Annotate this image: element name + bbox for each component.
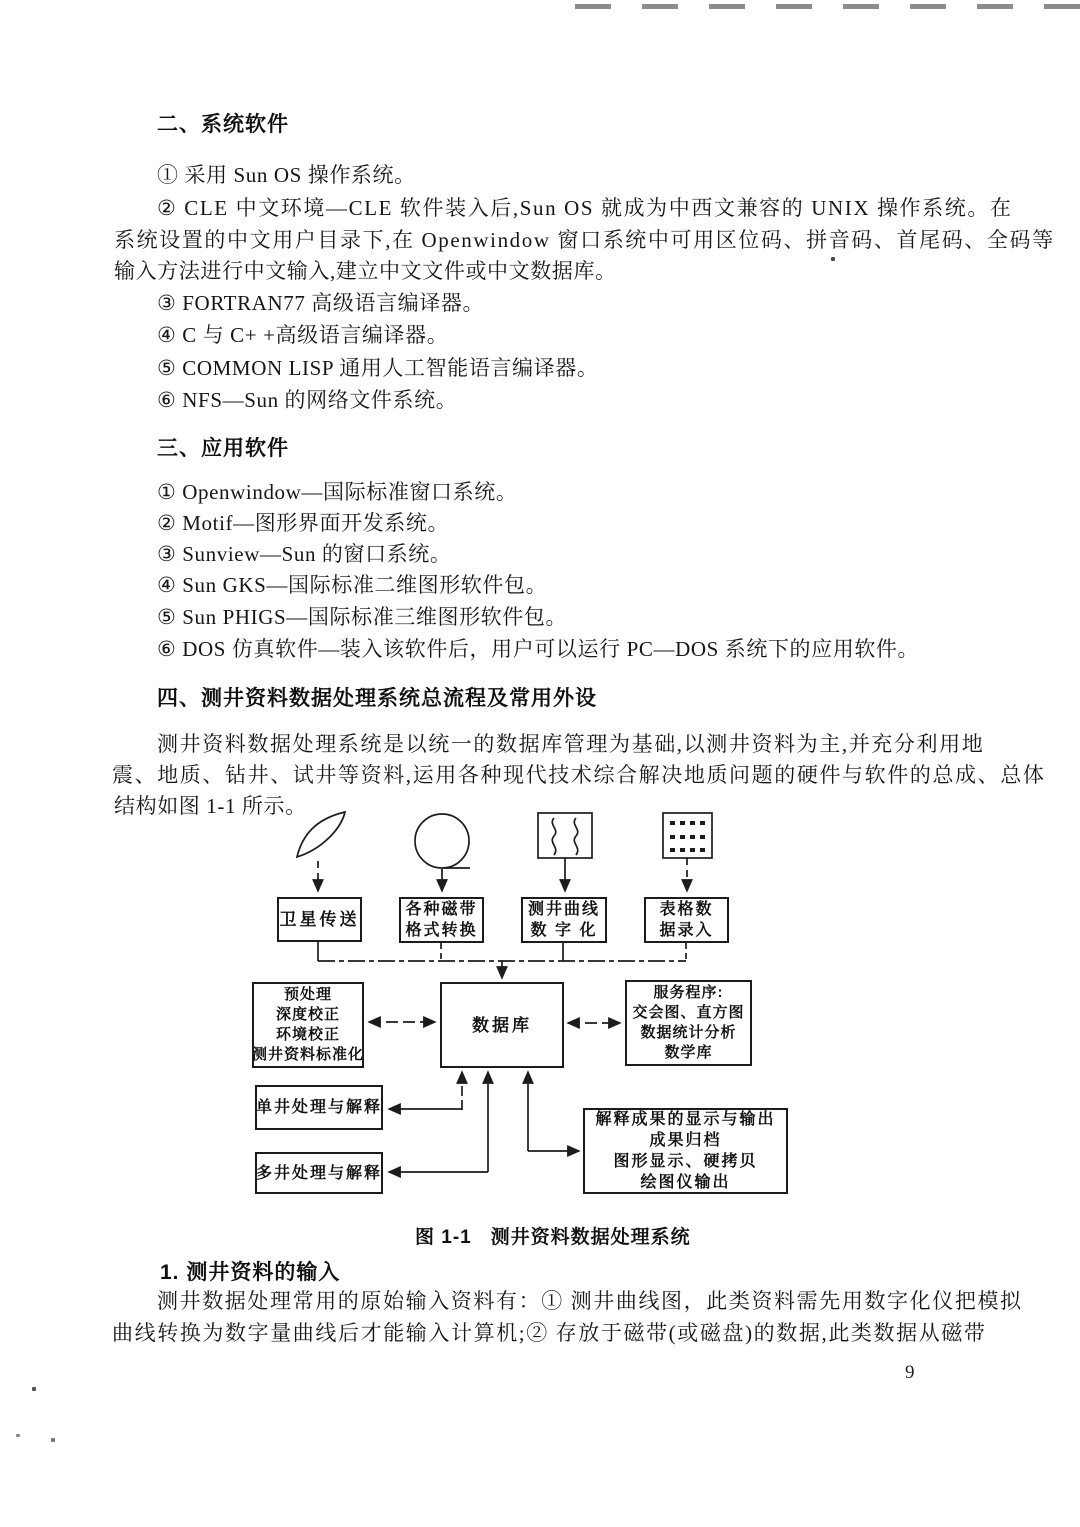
section3-item4: ④ Sun GKS—国际标准二维图形软件包。 (157, 573, 547, 597)
subsection1-para-line2: 曲线转换为数字量曲线后才能输入计算机;② 存放于磁带(或磁盘)的数据,此类数据从… (112, 1321, 987, 1345)
section4-para-line2: 震、地质、钻井、试井等资料,运用各种现代技术综合解决地质问题的硬件与软件的总成、… (112, 763, 1045, 787)
flowchart-box-label: 单井处理与解释 (256, 1097, 382, 1118)
section4-heading: 四、测井资料数据处理系统总流程及常用外设 (157, 682, 597, 712)
flowchart-box-database: 数据库 (440, 982, 564, 1068)
subsection1-para-line1: 测井数据处理常用的原始输入资料有：① 测井曲线图，此类资料需先用数字化仪把模拟 (157, 1289, 1023, 1313)
log-curve-icon (538, 813, 592, 858)
table-data-icon (663, 813, 712, 858)
page-top-dash-marks (575, 4, 1080, 9)
section2-item3: ③ FORTRAN77 高级语言编译器。 (157, 291, 484, 315)
flowchart-box-label: 数学库 (664, 1043, 712, 1063)
flowchart-box-label: 深度校正 (276, 1005, 340, 1025)
flowchart-box-label: 数据库 (472, 1015, 532, 1036)
section3-heading: 三、应用软件 (157, 432, 289, 462)
scan-speck (32, 1387, 36, 1391)
flowchart-box-label: 据录入 (659, 920, 713, 941)
figure-caption: 图 1-1 测井资料数据处理系统 (415, 1222, 691, 1249)
section2-heading: 二、系统软件 (157, 108, 289, 138)
satellite-dish-icon (297, 812, 345, 857)
flowchart-box-label: 图形显示、硬拷贝 (613, 1151, 757, 1172)
section2-item1: ① 采用 Sun OS 操作系统。 (157, 163, 416, 187)
flowchart-box-curve-digitization: 测井曲线 数 字 化 (521, 897, 607, 943)
flowchart-box-label: 绘图仪输出 (640, 1172, 730, 1193)
flowchart-box-label: 测井曲线 (528, 899, 600, 920)
flowchart-box-results-output: 解释成果的显示与输出 成果归档 图形显示、硬拷贝 绘图仪输出 (583, 1108, 788, 1194)
scan-speck (51, 1438, 55, 1442)
scanned-document-page: 二、系统软件 ① 采用 Sun OS 操作系统。 ② CLE 中文环境—CLE … (0, 0, 1080, 1527)
flowchart-box-label: 各种磁带 (405, 899, 477, 920)
flowchart-box-table-data-entry: 表格数 据录入 (644, 897, 729, 943)
section2-item2-line3: 输入方法进行中文输入,建立中文文件或中文数据库。 (114, 259, 617, 283)
flowchart-box-service-programs: 服务程序: 交会图、直方图 数据统计分析 数学库 (625, 980, 752, 1066)
scan-speck (16, 1434, 20, 1437)
section4-para-line3: 结构如图 1-1 所示。 (114, 794, 307, 818)
flowchart-box-label: 格式转换 (405, 920, 477, 941)
section3-item3: ③ Sunview—Sun 的窗口系统。 (157, 542, 452, 566)
section2-item4: ④ C 与 C+ +高级语言编译器。 (157, 323, 448, 347)
flowchart-box-label: 卫星传送 (280, 909, 360, 930)
flowchart-box-label: 测井资料标准化 (252, 1045, 364, 1065)
flowchart-box-preprocessing: 预处理 深度校正 环境校正 测井资料标准化 (252, 982, 364, 1068)
flowchart-box-label: 交会图、直方图 (632, 1003, 744, 1023)
flowchart-box-satellite-transmission: 卫星传送 (277, 897, 362, 942)
section2-item2-line1: ② CLE 中文环境—CLE 软件装入后,Sun OS 就成为中西文兼容的 UN… (157, 196, 1013, 220)
section2-item2-line2: 系统设置的中文用户目录下,在 Openwindow 窗口系统中可用区位码、拼音码… (114, 228, 1055, 252)
flowchart-box-label: 解释成果的显示与输出 (595, 1109, 775, 1130)
subsection1-heading: 1. 测井资料的输入 (160, 1256, 340, 1286)
flowchart-box-label: 环境校正 (276, 1025, 340, 1045)
section3-item1: ① Openwindow—国际标准窗口系统。 (157, 480, 517, 504)
flowchart-box-label: 成果归档 (649, 1130, 721, 1151)
page-number: 9 (905, 1362, 915, 1384)
flowchart-box-single-well-processing: 单井处理与解释 (255, 1085, 383, 1130)
section4-para-line1: 测井资料数据处理系统是以统一的数据库管理为基础,以测井资料为主,并充分利用地 (157, 732, 984, 756)
flowchart-box-label: 数据统计分析 (640, 1023, 736, 1043)
flowchart-box-label: 服务程序: (654, 983, 724, 1003)
flowchart-box-label: 数 字 化 (531, 920, 598, 941)
section2-item5: ⑤ COMMON LISP 通用人工智能语言编译器。 (157, 356, 598, 380)
flowchart-box-label: 表格数 (659, 899, 713, 920)
section2-item6: ⑥ NFS—Sun 的网络文件系统。 (157, 388, 457, 412)
section3-item6: ⑥ DOS 仿真软件—装入该软件后，用户可以运行 PC—DOS 系统下的应用软件… (157, 637, 919, 661)
scan-speck (831, 257, 835, 261)
section3-item5: ⑤ Sun PHIGS—国际标准三维图形软件包。 (157, 605, 567, 629)
section3-item2: ② Motif—图形界面开发系统。 (157, 511, 449, 535)
flowchart-box-label: 多井处理与解释 (256, 1163, 382, 1184)
tape-reel-icon (415, 814, 470, 868)
flowchart-box-tape-format-conversion: 各种磁带 格式转换 (399, 897, 484, 943)
flowchart-box-multi-well-processing: 多井处理与解释 (255, 1152, 383, 1194)
flowchart-box-label: 预处理 (284, 985, 332, 1005)
